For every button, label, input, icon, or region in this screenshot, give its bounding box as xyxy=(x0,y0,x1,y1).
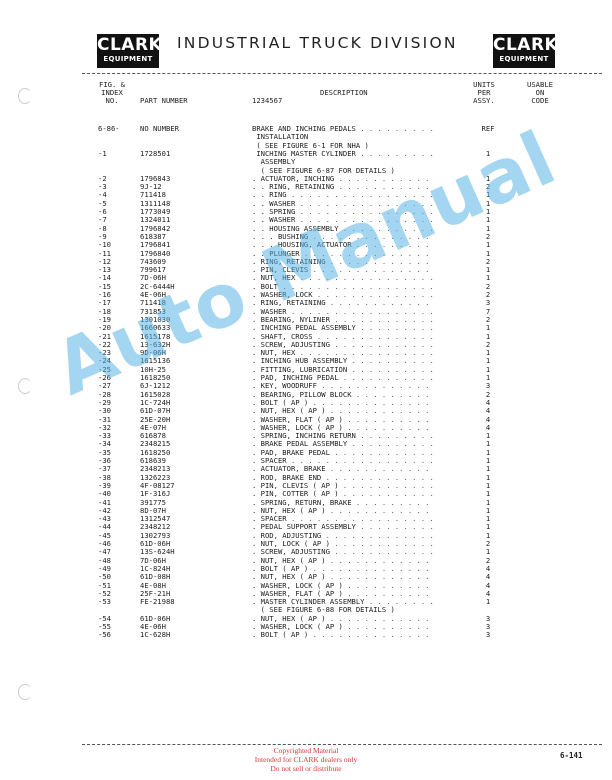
copyright-notice: Copyrighted Material Intended for CLARK … xyxy=(0,746,612,773)
col-header-line: ASSY. xyxy=(466,97,502,105)
header-divider xyxy=(82,73,602,74)
col-header-part-number: PART NUMBER xyxy=(140,97,188,105)
units-cell: 3 xyxy=(476,630,500,639)
col-header-line: CODE xyxy=(520,97,560,105)
col-header-units: UNITS PER ASSY. xyxy=(466,81,502,105)
logo-text: CLARK xyxy=(493,34,555,54)
page-number: 6-141 xyxy=(560,751,583,760)
binder-hole-mark xyxy=(18,684,32,700)
footer-divider xyxy=(82,744,602,745)
part-number-cell: 1C-628H xyxy=(140,630,250,639)
logo-subtext: EQUIPMENT xyxy=(493,56,555,63)
copyright-line: Intended for CLARK dealers only xyxy=(0,755,612,764)
col-header-description: DESCRIPTION xyxy=(320,89,368,97)
division-title: INDUSTRIAL TRUCK DIVISION xyxy=(177,34,458,52)
clark-logo-left: CLARK EQUIPMENT xyxy=(97,34,159,68)
binder-hole-mark xyxy=(18,88,32,104)
copyright-line: Do not sell or distribute xyxy=(0,764,612,773)
dot-leader: . . . . . . . . . . . . . . xyxy=(308,630,434,639)
parts-catalog-page: CLARK EQUIPMENT INDUSTRIAL TRUCK DIVISIO… xyxy=(0,0,612,780)
copyright-line: Copyrighted Material xyxy=(0,746,612,755)
fig-index-cell: -56 xyxy=(98,630,138,639)
logo-subtext: EQUIPMENT xyxy=(97,56,159,63)
col-header-line: NO. xyxy=(90,97,134,105)
col-header-code: 1234567 xyxy=(252,97,282,105)
table-row: -561C-628H. BOLT ( AP )3 . . . . . . . .… xyxy=(0,630,612,639)
col-header-fig-index: FIG. & INDEX NO. xyxy=(90,81,134,105)
col-header-usable: USABLE ON CODE xyxy=(520,81,560,105)
logo-text: CLARK xyxy=(97,34,159,54)
clark-logo-right: CLARK EQUIPMENT xyxy=(493,34,555,68)
